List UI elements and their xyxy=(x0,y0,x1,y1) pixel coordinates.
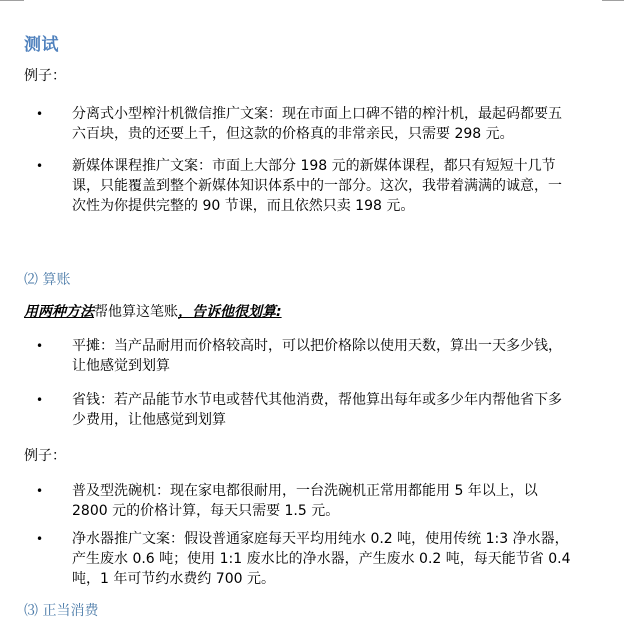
list-item: • 平摊：当产品耐用而价格较高时，可以把价格除以使用天数，算出一天多少钱，让他感… xyxy=(24,336,572,376)
bullet-icon: • xyxy=(36,104,43,124)
list-item-text: 分离式小型榨汁机微信推广文案：现在市面上口碑不错的榨汁机，最起码都要五六百块，贵… xyxy=(72,106,562,142)
instruction-plain: 帮他算这笔账 xyxy=(94,304,178,320)
instruction-line: 用两种方法帮他算这笔账，告诉他很划算: xyxy=(24,302,282,322)
bullet-icon: • xyxy=(36,336,43,356)
example-label-1: 例子： xyxy=(24,66,66,86)
page-corner-mark-right xyxy=(602,0,624,1)
list-item-text: 新媒体课程推广文案：市面上大部分 198 元的新媒体课程，都只有短短十几节课，只… xyxy=(72,158,562,214)
list-item-text: 净水器推广文案：假设普通家庭每天平均用纯水 0.2 吨，使用传统 1:3 净水器… xyxy=(72,531,570,587)
section-heading-calculate: ⑵ 算账 xyxy=(24,270,70,290)
page-corner-mark-left xyxy=(0,0,24,1)
bullet-icon: • xyxy=(36,529,43,549)
list-item: • 普及型洗碗机：现在家电都很耐用，一台洗碗机正常用都能用 5 年以上，以 28… xyxy=(24,481,572,521)
document-title: 测试 xyxy=(24,34,59,56)
bullet-icon: • xyxy=(36,390,43,410)
example-list-2: • 普及型洗碗机：现在家电都很耐用，一台洗碗机正常用都能用 5 年以上，以 28… xyxy=(24,481,604,589)
list-item: • 净水器推广文案：假设普通家庭每天平均用纯水 0.2 吨，使用传统 1:3 净… xyxy=(24,529,572,589)
section-heading-legit-consumption: ⑶ 正当消费 xyxy=(24,601,98,621)
instruction-emphasis-2: ，告诉他很划算: xyxy=(178,304,282,320)
list-item-text: 省钱：若产品能节水节电或替代其他消费，帮他算出每年或多少年内帮他省下多少费用，让… xyxy=(72,392,562,428)
list-item: • 分离式小型榨汁机微信推广文案：现在市面上口碑不错的榨汁机，最起码都要五六百块… xyxy=(24,104,572,144)
example-list-1: • 分离式小型榨汁机微信推广文案：现在市面上口碑不错的榨汁机，最起码都要五六百块… xyxy=(24,104,604,216)
bullet-icon: • xyxy=(36,481,43,501)
list-item: • 新媒体课程推广文案：市面上大部分 198 元的新媒体课程，都只有短短十几节课… xyxy=(24,156,572,216)
bullet-icon: • xyxy=(36,156,43,176)
list-item-text: 平摊：当产品耐用而价格较高时，可以把价格除以使用天数，算出一天多少钱，让他感觉到… xyxy=(72,338,562,374)
example-label-2: 例子： xyxy=(24,446,66,466)
list-item-text: 普及型洗碗机：现在家电都很耐用，一台洗碗机正常用都能用 5 年以上，以 2800… xyxy=(72,483,538,519)
instruction-emphasis-1: 用两种方法 xyxy=(24,304,94,320)
list-item: • 省钱：若产品能节水节电或替代其他消费，帮他算出每年或多少年内帮他省下多少费用… xyxy=(24,390,572,430)
method-list: • 平摊：当产品耐用而价格较高时，可以把价格除以使用天数，算出一天多少钱，让他感… xyxy=(24,336,604,430)
